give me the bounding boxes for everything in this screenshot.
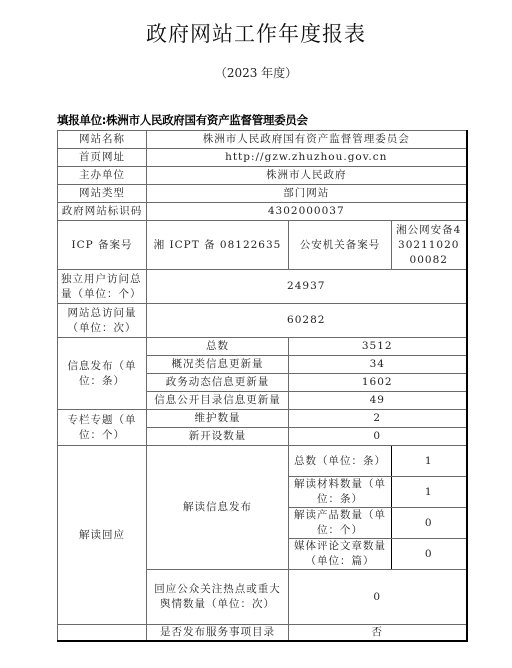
row-service: 是否发布服务事项目录 否 bbox=[58, 625, 467, 642]
row-type: 网站类型 部门网站 bbox=[58, 185, 467, 203]
label-service: 是否发布服务事项目录 bbox=[147, 625, 289, 642]
label-police: 公安机关备案号 bbox=[289, 221, 392, 270]
label-site-name: 网站名称 bbox=[58, 131, 147, 149]
value-info-row: 34 bbox=[289, 356, 467, 374]
row-columns-maintain: 专栏专题（单位：个） 维护数量 2 bbox=[58, 410, 467, 428]
label-interp-row: 媒体评论文章数量（单位：篇） bbox=[289, 539, 392, 570]
report-table: 网站名称 株洲市人民政府国有资产监督管理委员会 首页网址 http://gzw.… bbox=[57, 130, 468, 642]
value-total-visits: 60282 bbox=[147, 304, 467, 338]
label-columns: 专栏专题（单位：个） bbox=[58, 410, 147, 446]
label-total-visits: 网站总访问量（单位：次） bbox=[58, 304, 147, 338]
value-code: 4302000037 bbox=[147, 203, 467, 221]
row-total-visits: 网站总访问量（单位：次） 60282 bbox=[58, 304, 467, 338]
label-icp: ICP 备案号 bbox=[58, 221, 147, 270]
label-interpretation: 解读回应 bbox=[58, 446, 147, 625]
label-code: 政府网站标识码 bbox=[58, 203, 147, 221]
value-unique-visits: 24937 bbox=[147, 270, 467, 304]
row-sponsor: 主办单位 株洲市人民政府 bbox=[58, 167, 467, 185]
report-title: 政府网站工作年度报表 bbox=[0, 18, 512, 48]
value-info-row: 1602 bbox=[289, 374, 467, 392]
report-year: （2023 年度） bbox=[0, 64, 512, 81]
service-empty-cell bbox=[58, 625, 147, 642]
value-sponsor: 株洲市人民政府 bbox=[147, 167, 467, 185]
label-interp-row: 解读产品数量（单位：个） bbox=[289, 508, 392, 539]
row-interp-total: 解读回应 解读信息发布 总数（单位：条） 1 bbox=[58, 446, 467, 477]
label-info-publish: 信息发布（单位：条） bbox=[58, 338, 147, 410]
label-interp-hotspot: 回应公众关注热点或重大舆情数量（单位：次） bbox=[147, 570, 289, 625]
label-columns-row: 维护数量 bbox=[147, 410, 289, 428]
row-icp: ICP 备案号 湘 ICPT 备 08122635 公安机关备案号 湘公网安备4… bbox=[58, 221, 467, 270]
label-columns-row: 新开设数量 bbox=[147, 428, 289, 446]
label-type: 网站类型 bbox=[58, 185, 147, 203]
label-sponsor: 主办单位 bbox=[58, 167, 147, 185]
value-columns-row: 2 bbox=[289, 410, 467, 428]
row-info-total: 信息发布（单位：条） 总数 3512 bbox=[58, 338, 467, 356]
value-icp: 湘 ICPT 备 08122635 bbox=[147, 221, 289, 270]
label-info-row: 政务动态信息更新量 bbox=[147, 374, 289, 392]
value-info-row: 49 bbox=[289, 392, 467, 410]
label-interp-publish: 解读信息发布 bbox=[147, 446, 289, 570]
label-unique-visits: 独立用户访问总量（单位：个） bbox=[58, 270, 147, 304]
value-service: 否 bbox=[289, 625, 467, 642]
label-info-row: 总数 bbox=[147, 338, 289, 356]
label-info-row: 信息公开目录信息更新量 bbox=[147, 392, 289, 410]
row-homepage: 首页网址 http://gzw.zhuzhou.gov.cn bbox=[58, 149, 467, 167]
value-type: 部门网站 bbox=[147, 185, 467, 203]
label-interp-row: 总数（单位：条） bbox=[289, 446, 392, 477]
value-columns-row: 0 bbox=[289, 428, 467, 446]
value-info-row: 3512 bbox=[289, 338, 467, 356]
value-police: 湘公网安备43021102000082 bbox=[392, 221, 467, 270]
filler-unit: 填报单位:株洲市人民政府国有资产监督管理委员会 bbox=[57, 112, 308, 128]
value-interp-row: 0 bbox=[392, 508, 467, 539]
row-unique-visits: 独立用户访问总量（单位：个） 24937 bbox=[58, 270, 467, 304]
row-site-name: 网站名称 株洲市人民政府国有资产监督管理委员会 bbox=[58, 131, 467, 149]
value-homepage[interactable]: http://gzw.zhuzhou.gov.cn bbox=[147, 149, 467, 167]
value-site-name: 株洲市人民政府国有资产监督管理委员会 bbox=[147, 131, 467, 149]
value-interp-hotspot: 0 bbox=[289, 570, 467, 625]
label-interp-row: 解读材料数量（单位：条） bbox=[289, 477, 392, 508]
value-interp-row: 0 bbox=[392, 539, 467, 570]
value-interp-row: 1 bbox=[392, 446, 467, 477]
label-info-row: 概况类信息更新量 bbox=[147, 356, 289, 374]
label-homepage: 首页网址 bbox=[58, 149, 147, 167]
value-interp-row: 1 bbox=[392, 477, 467, 508]
row-code: 政府网站标识码 4302000037 bbox=[58, 203, 467, 221]
